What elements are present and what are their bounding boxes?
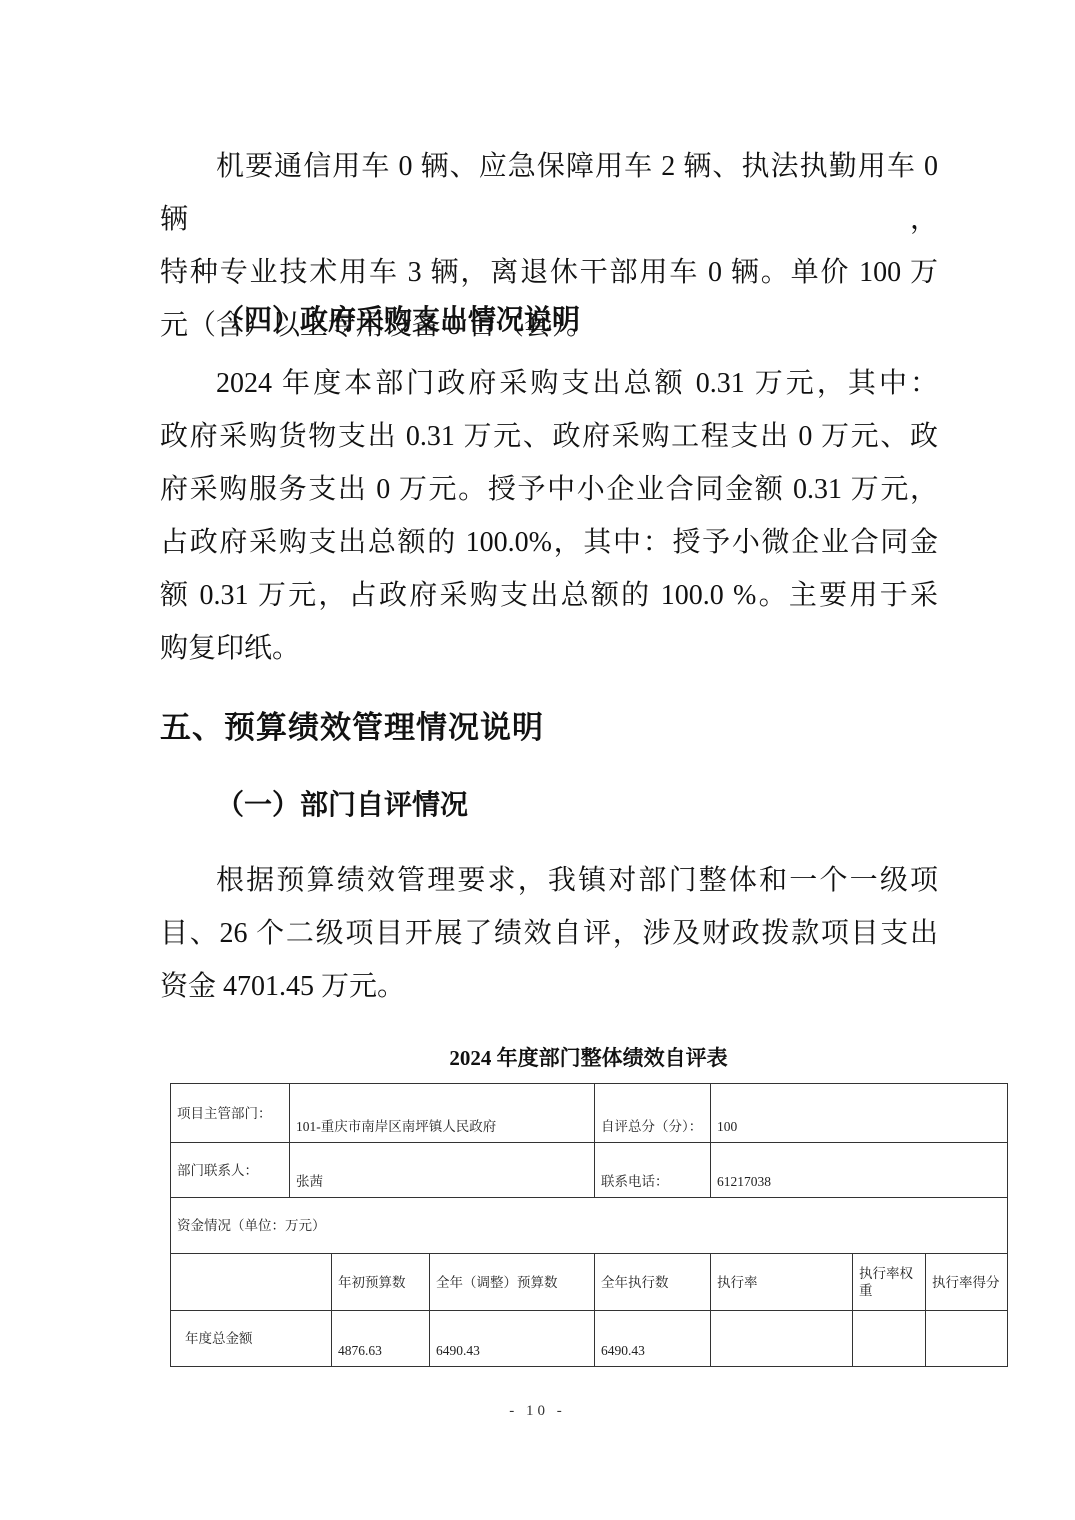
table-row-dept: 项目主管部门： 101-重庆市南岸区南坪镇人民政府 自评总分（分）： 100: [171, 1084, 1008, 1143]
cell-total-adjusted: 6490.43: [430, 1311, 595, 1367]
cell-header-rate-weight: 执行率权重: [853, 1254, 926, 1311]
cell-header-executed: 全年执行数: [595, 1254, 711, 1311]
heading-chapter-5: 五、预算绩效管理情况说明: [160, 701, 938, 755]
paragraph-line: 资金 4701.45 万元。: [160, 960, 938, 1013]
cell-dept-label: 项目主管部门：: [171, 1084, 290, 1143]
cell-header-exec-rate: 执行率: [711, 1254, 853, 1311]
paragraph-line: 2024 年度本部门政府采购支出总额 0.31 万元，其中：: [160, 357, 938, 410]
paragraph-line: 目、26 个二级项目开展了绩效自评，涉及财政拨款项目支出: [160, 907, 938, 960]
cell-contact-value: 张茜: [290, 1143, 595, 1198]
cell-total-score: [926, 1311, 1008, 1367]
paragraph-line: 购复印纸。: [160, 622, 938, 675]
cell-dept-value: 101-重庆市南岸区南坪镇人民政府: [290, 1084, 595, 1143]
paragraph-line: 特种专业技术用车 3 辆，离退休干部用车 0 辆。单价 100 万: [160, 246, 938, 299]
cell-phone-value: 61217038: [711, 1143, 1008, 1198]
heading-section-1: （一）部门自评情况: [160, 779, 938, 832]
paragraph-line: 根据预算绩效管理要求，我镇对部门整体和一个一级项: [160, 854, 938, 907]
table-title: 2024 年度部门整体绩效自评表: [170, 1043, 1007, 1073]
cell-total-initial: 4876.63: [332, 1311, 430, 1367]
cell-header-rate-score: 执行率得分: [926, 1254, 1008, 1311]
selfeval-table: 项目主管部门： 101-重庆市南岸区南坪镇人民政府 自评总分（分）： 100 部…: [170, 1083, 1008, 1367]
cell-total-executed: 6490.43: [595, 1311, 711, 1367]
table-row-total: 年度总金额 4876.63 6490.43 6490.43: [171, 1311, 1008, 1367]
heading-section-4: （四）政府采购支出情况说明: [160, 294, 938, 347]
paragraph-selfeval: 根据预算绩效管理要求，我镇对部门整体和一个一级项 目、26 个二级项目开展了绩效…: [160, 854, 938, 1013]
paragraph-line: 额 0.31 万元，占政府采购支出总额的 100.0 %。主要用于采: [160, 569, 938, 622]
table-row-funds: 资金情况（单位：万元）: [171, 1198, 1008, 1254]
table-row-contact: 部门联系人： 张茜 联系电话： 61217038: [171, 1143, 1008, 1198]
paragraph-line: 府采购服务支出 0 万元。授予中小企业合同金额 0.31 万元，: [160, 463, 938, 516]
cell-phone-label: 联系电话：: [595, 1143, 711, 1198]
cell-total-weight: [853, 1311, 926, 1367]
cell-score-label: 自评总分（分）：: [595, 1084, 711, 1143]
cell-header-adjusted-budget: 全年（调整）预算数: [430, 1254, 595, 1311]
cell-total-label: 年度总金额: [171, 1311, 332, 1367]
table-row-header: 年初预算数 全年（调整）预算数 全年执行数 执行率 执行率权重 执行率得分: [171, 1254, 1008, 1311]
paragraph-line: 机要通信用车 0 辆、应急保障用车 2 辆、执法执勤用车 0 辆，: [160, 140, 938, 246]
paragraph-procurement: 2024 年度本部门政府采购支出总额 0.31 万元，其中： 政府采购货物支出 …: [160, 357, 938, 675]
paragraph-line: 占政府采购支出总额的 100.0%，其中：授予小微企业合同金: [160, 516, 938, 569]
paragraph-line: 政府采购货物支出 0.31 万元、政府采购工程支出 0 万元、政: [160, 410, 938, 463]
cell-total-rate: [711, 1311, 853, 1367]
page-number: - 10 -: [0, 1403, 1075, 1420]
cell-score-value: 100: [711, 1084, 1008, 1143]
cell-contact-label: 部门联系人：: [171, 1143, 290, 1198]
cell-header-blank: [171, 1254, 332, 1311]
cell-header-initial-budget: 年初预算数: [332, 1254, 430, 1311]
cell-funds-label: 资金情况（单位：万元）: [171, 1198, 1008, 1254]
document-page: 机要通信用车 0 辆、应急保障用车 2 辆、执法执勤用车 0 辆， 特种专业技术…: [0, 0, 1075, 1520]
